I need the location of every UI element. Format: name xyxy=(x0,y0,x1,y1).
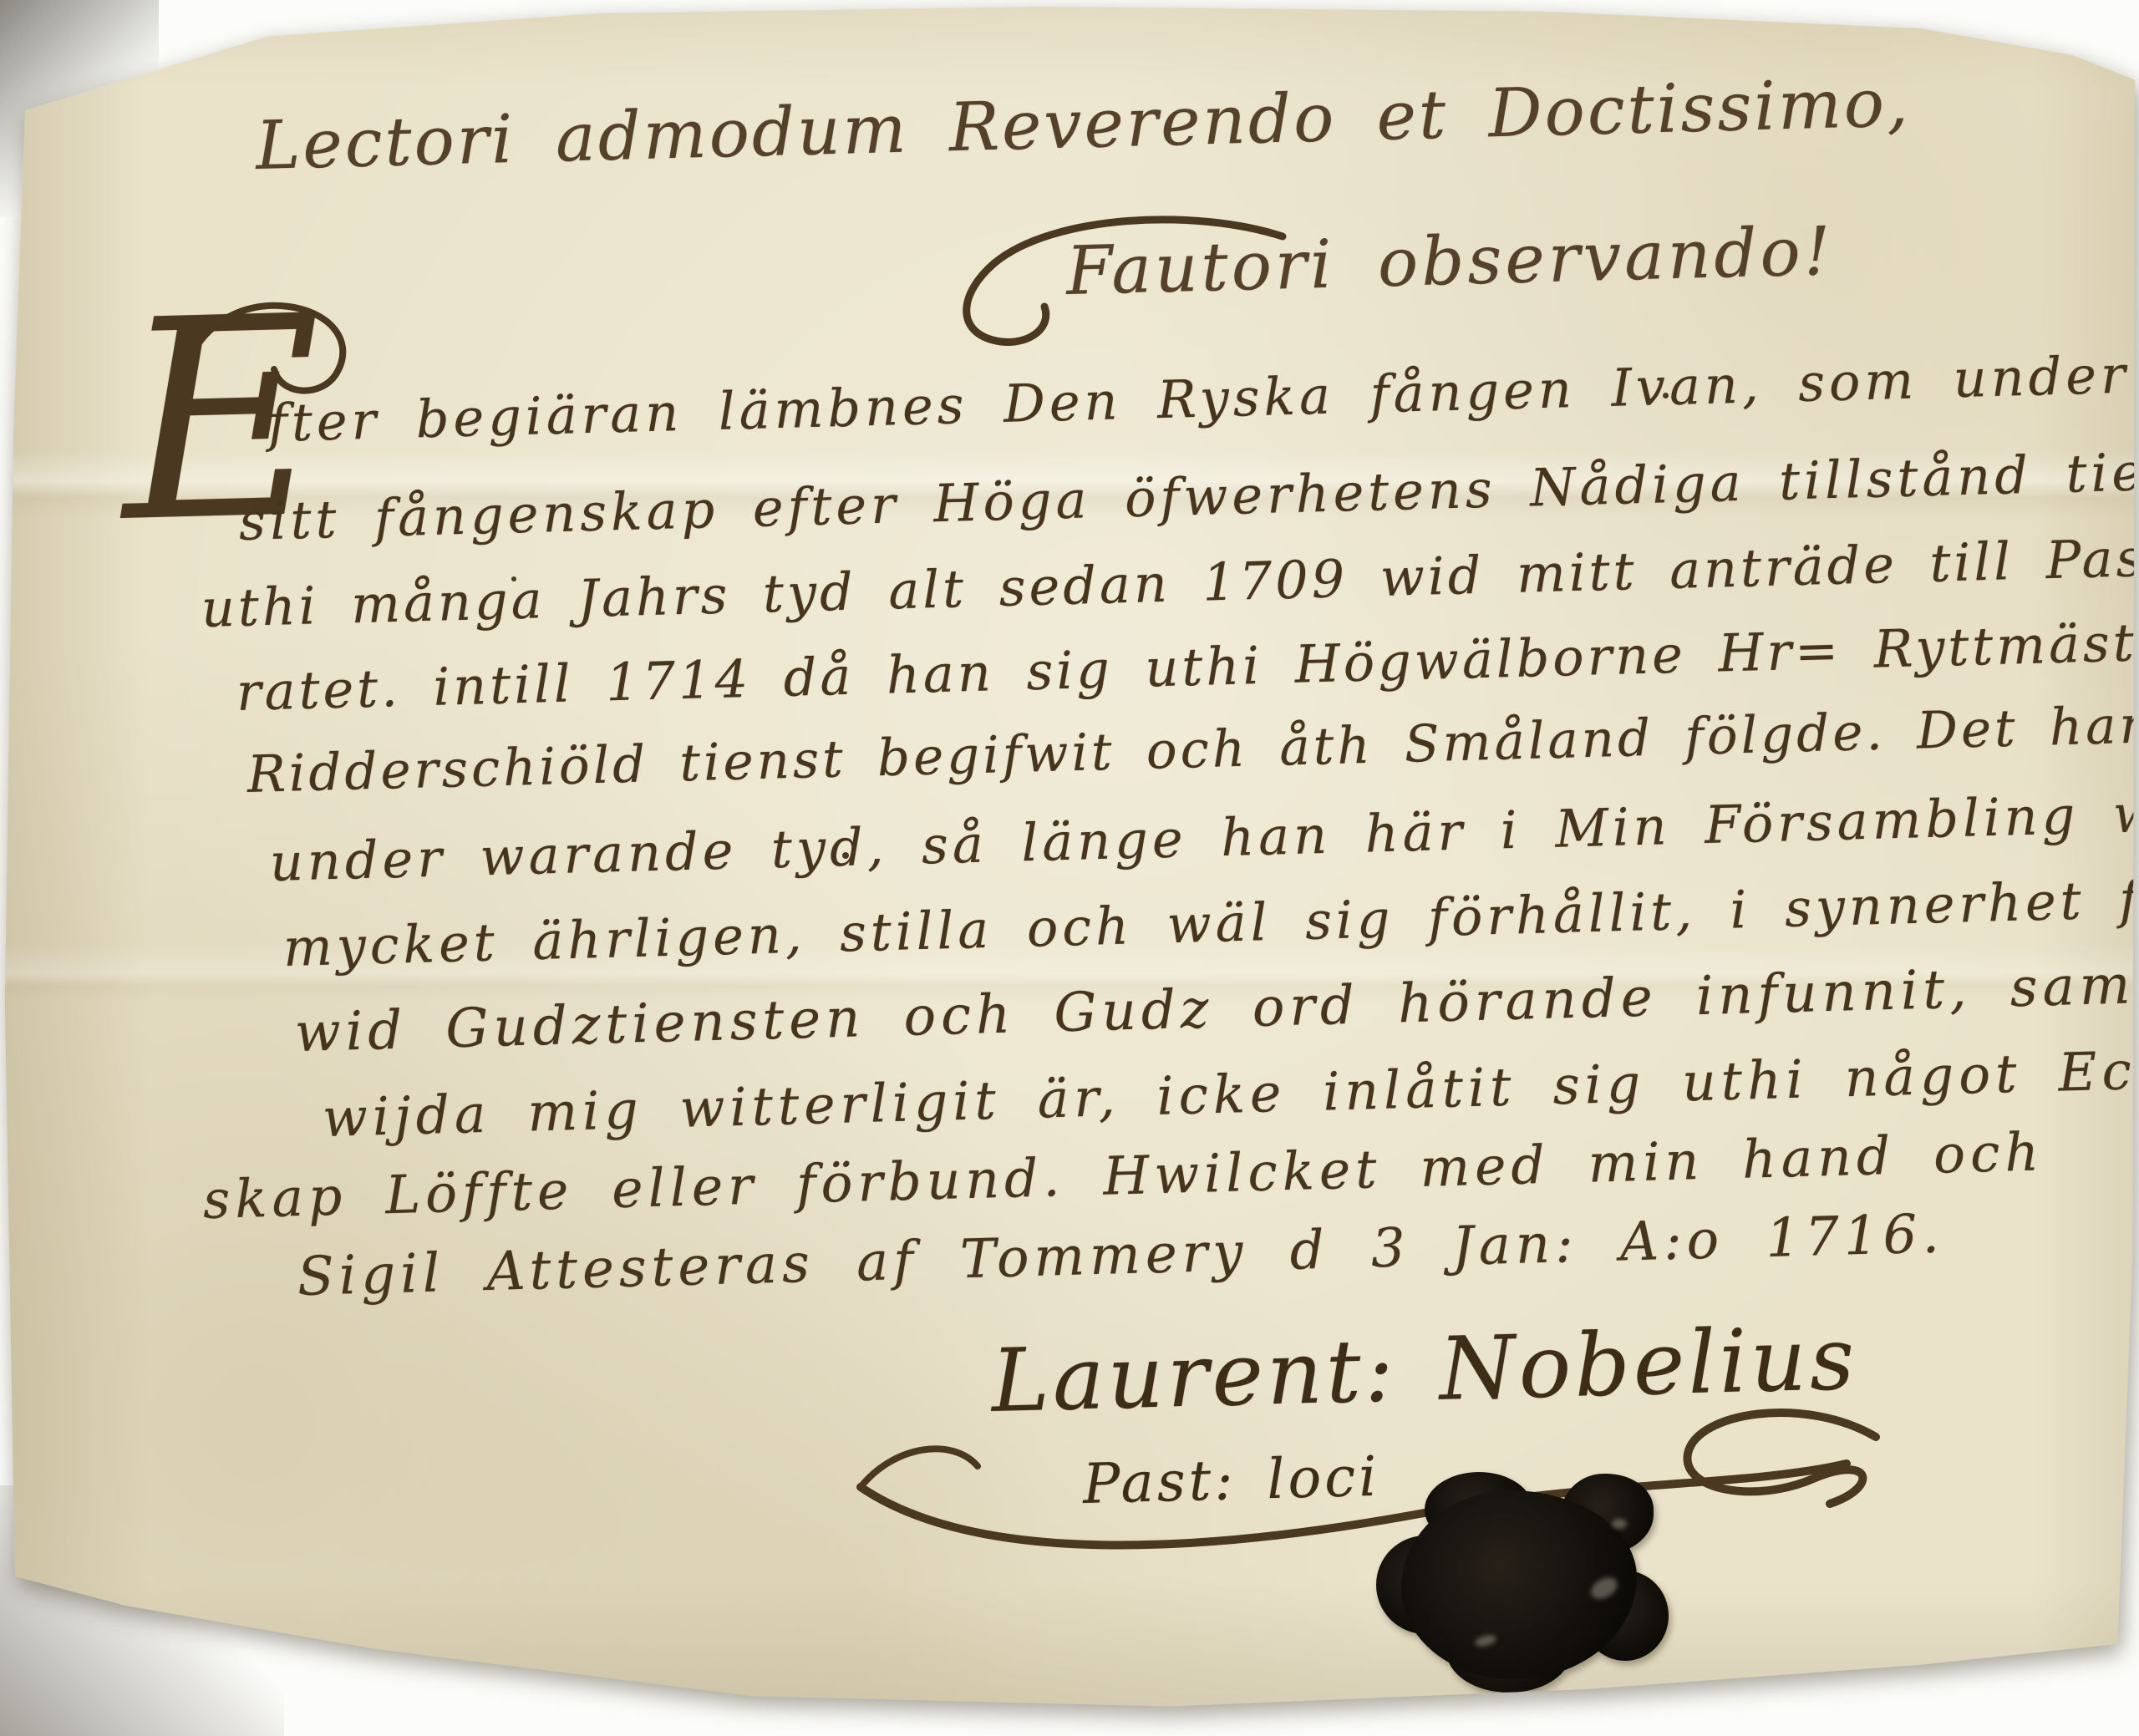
ink-speck xyxy=(1663,393,1669,398)
heading-line-2: Fautori observando! xyxy=(1065,212,1835,310)
wax-seal-icon xyxy=(1374,1472,1671,1698)
paper-sheet-wrapper: Lectori admodum Reverendo et Doctissimo,… xyxy=(0,0,2139,1736)
scanned-document-photo: Lectori admodum Reverendo et Doctissimo,… xyxy=(0,0,2139,1736)
manuscript-line-1: fter begiäran lämbnes Den Ryska fången I… xyxy=(267,344,2131,454)
signature-title: Past: loci xyxy=(1082,1444,1380,1516)
manuscript-paper: Lectori admodum Reverendo et Doctissimo,… xyxy=(0,0,2139,1736)
ink-speck xyxy=(842,852,849,859)
heading-line-1: Lectori admodum Reverendo et Doctissimo, xyxy=(255,63,1912,185)
signature-name: Laurent: Nobelius xyxy=(990,1307,1859,1432)
ink-speck xyxy=(511,576,516,581)
